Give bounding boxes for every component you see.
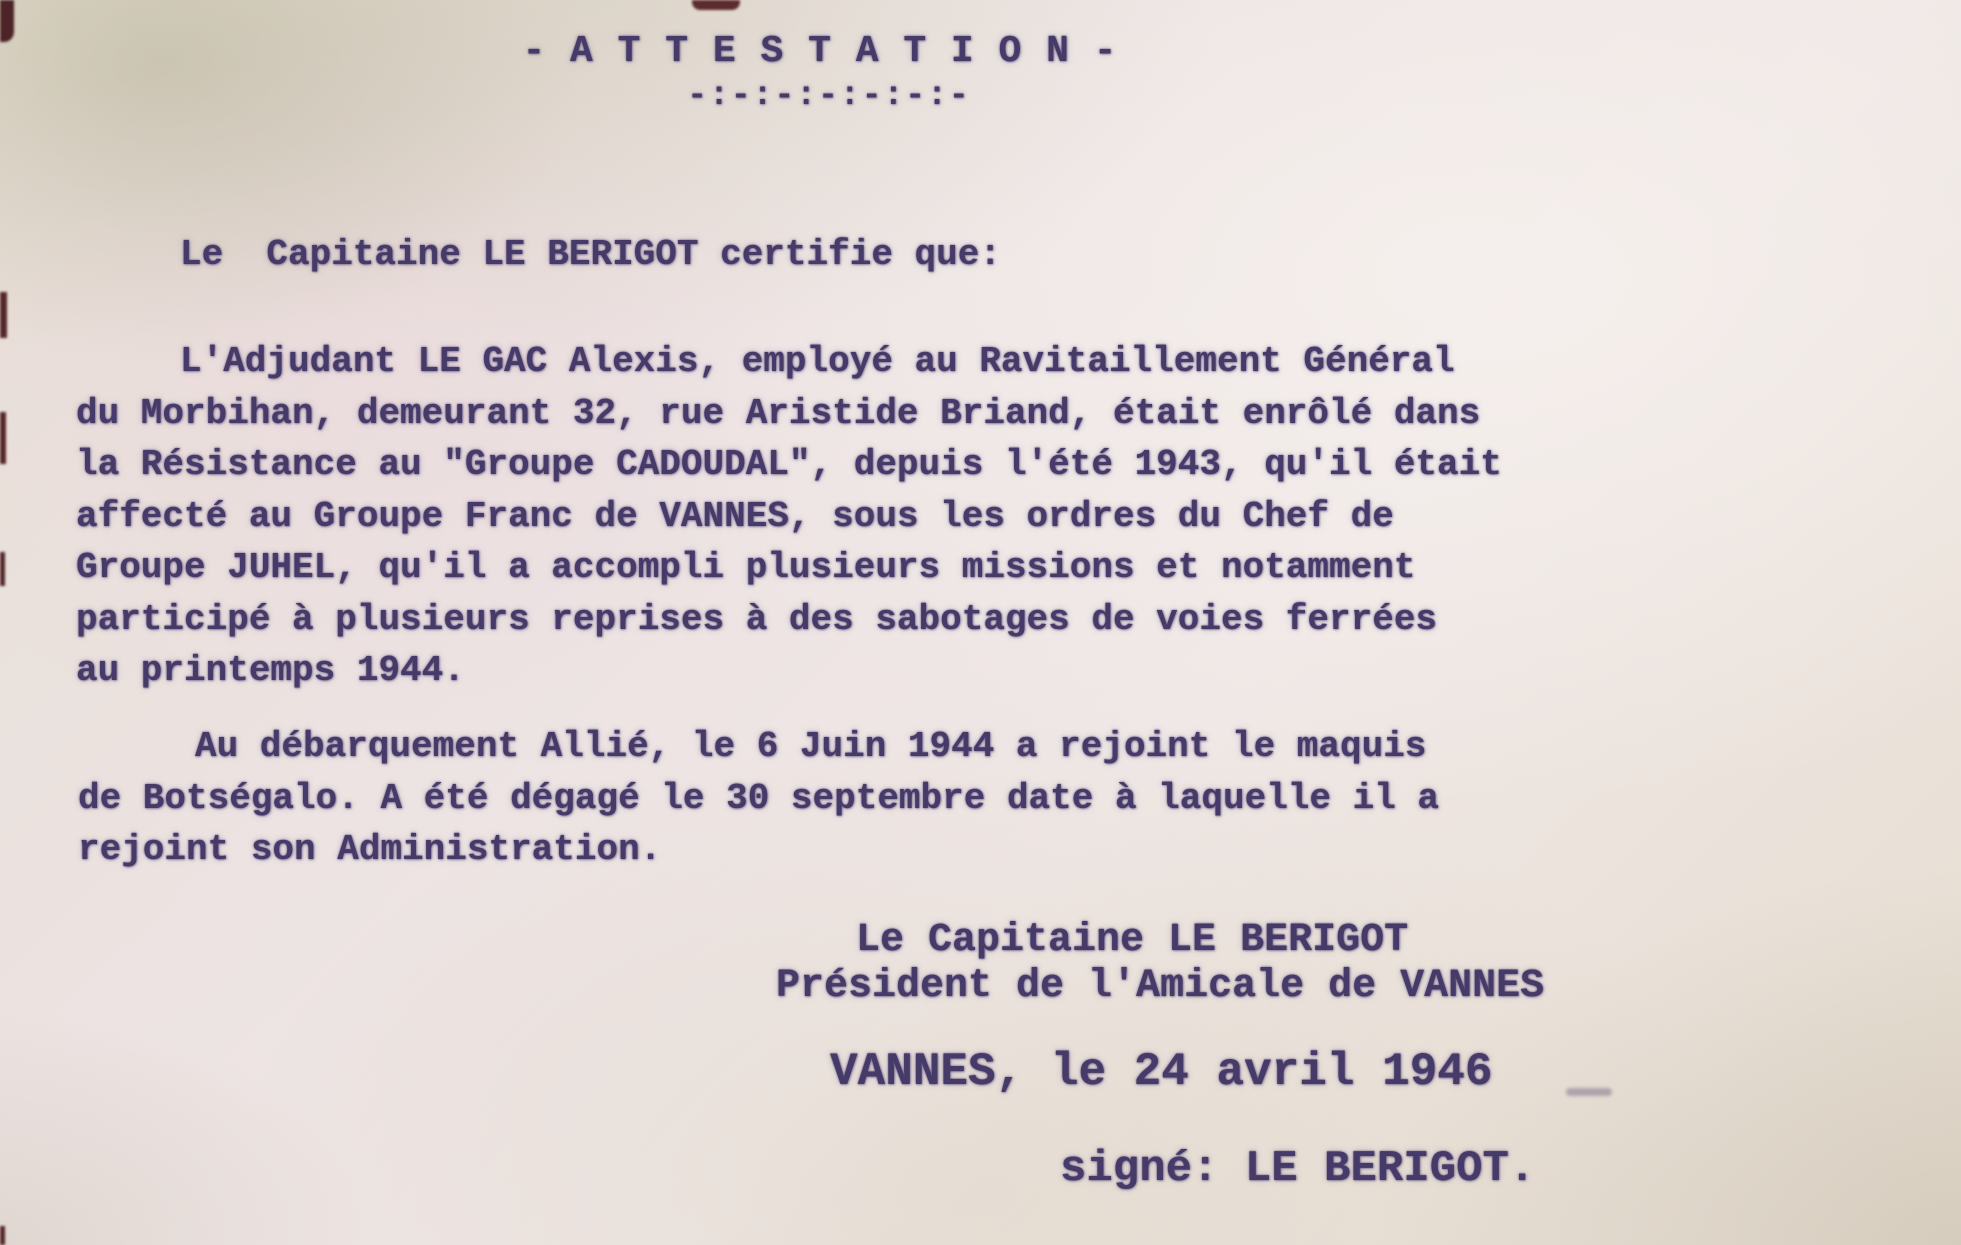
paragraph-line: affecté au Groupe Franc de VANNES, sous …	[76, 491, 1502, 543]
scan-edge-mark	[692, 0, 740, 10]
scan-edge-mark	[0, 0, 14, 42]
document-title: - A T T E S T A T I O N -	[0, 30, 1640, 73]
signature-role-line: Président de l'Amicale de VANNES	[776, 964, 1544, 1009]
scan-edge-mark	[0, 412, 6, 464]
paragraph-line: au printemps 1944.	[76, 645, 1502, 697]
paragraph-line: de Botségalo. A été dégagé le 30 septemb…	[78, 773, 1439, 825]
body-paragraph-1: L'Adjudant LE GAC Alexis, employé au Rav…	[76, 336, 1502, 697]
paragraph-line: L'Adjudant LE GAC Alexis, employé au Rav…	[76, 336, 1502, 388]
paragraph-line: Groupe JUHEL, qu'il a accompli plusieurs…	[76, 542, 1502, 594]
scan-edge-mark	[0, 292, 7, 338]
attestation-document-scan: - A T T E S T A T I O N - -:-:-:-:-:-:- …	[0, 0, 1961, 1245]
paragraph-line: rejoint son Administration.	[78, 824, 1439, 876]
body-paragraph-2: Au débarquement Allié, le 6 Juin 1944 a …	[78, 721, 1439, 876]
ink-smudge	[1566, 1088, 1612, 1096]
signed-line: signé: LE BERIGOT.	[1060, 1144, 1535, 1194]
intro-line: Le Capitaine LE BERIGOT certifie que:	[180, 234, 1001, 275]
signature-name-line: Le Capitaine LE BERIGOT	[856, 918, 1408, 963]
paragraph-line: du Morbihan, demeurant 32, rue Aristide …	[76, 388, 1502, 440]
title-separator: -:-:-:-:-:-:-	[0, 77, 1640, 114]
document-header: - A T T E S T A T I O N - -:-:-:-:-:-:-	[0, 30, 1640, 114]
scan-edge-mark	[0, 552, 5, 586]
place-date-line: VANNES, le 24 avril 1946	[830, 1046, 1493, 1098]
paragraph-line: la Résistance au "Groupe CADOUDAL", depu…	[76, 439, 1502, 491]
paragraph-line: participé à plusieurs reprises à des sab…	[76, 594, 1502, 646]
paragraph-line: Au débarquement Allié, le 6 Juin 1944 a …	[78, 721, 1439, 773]
scan-edge-mark	[0, 1226, 5, 1245]
